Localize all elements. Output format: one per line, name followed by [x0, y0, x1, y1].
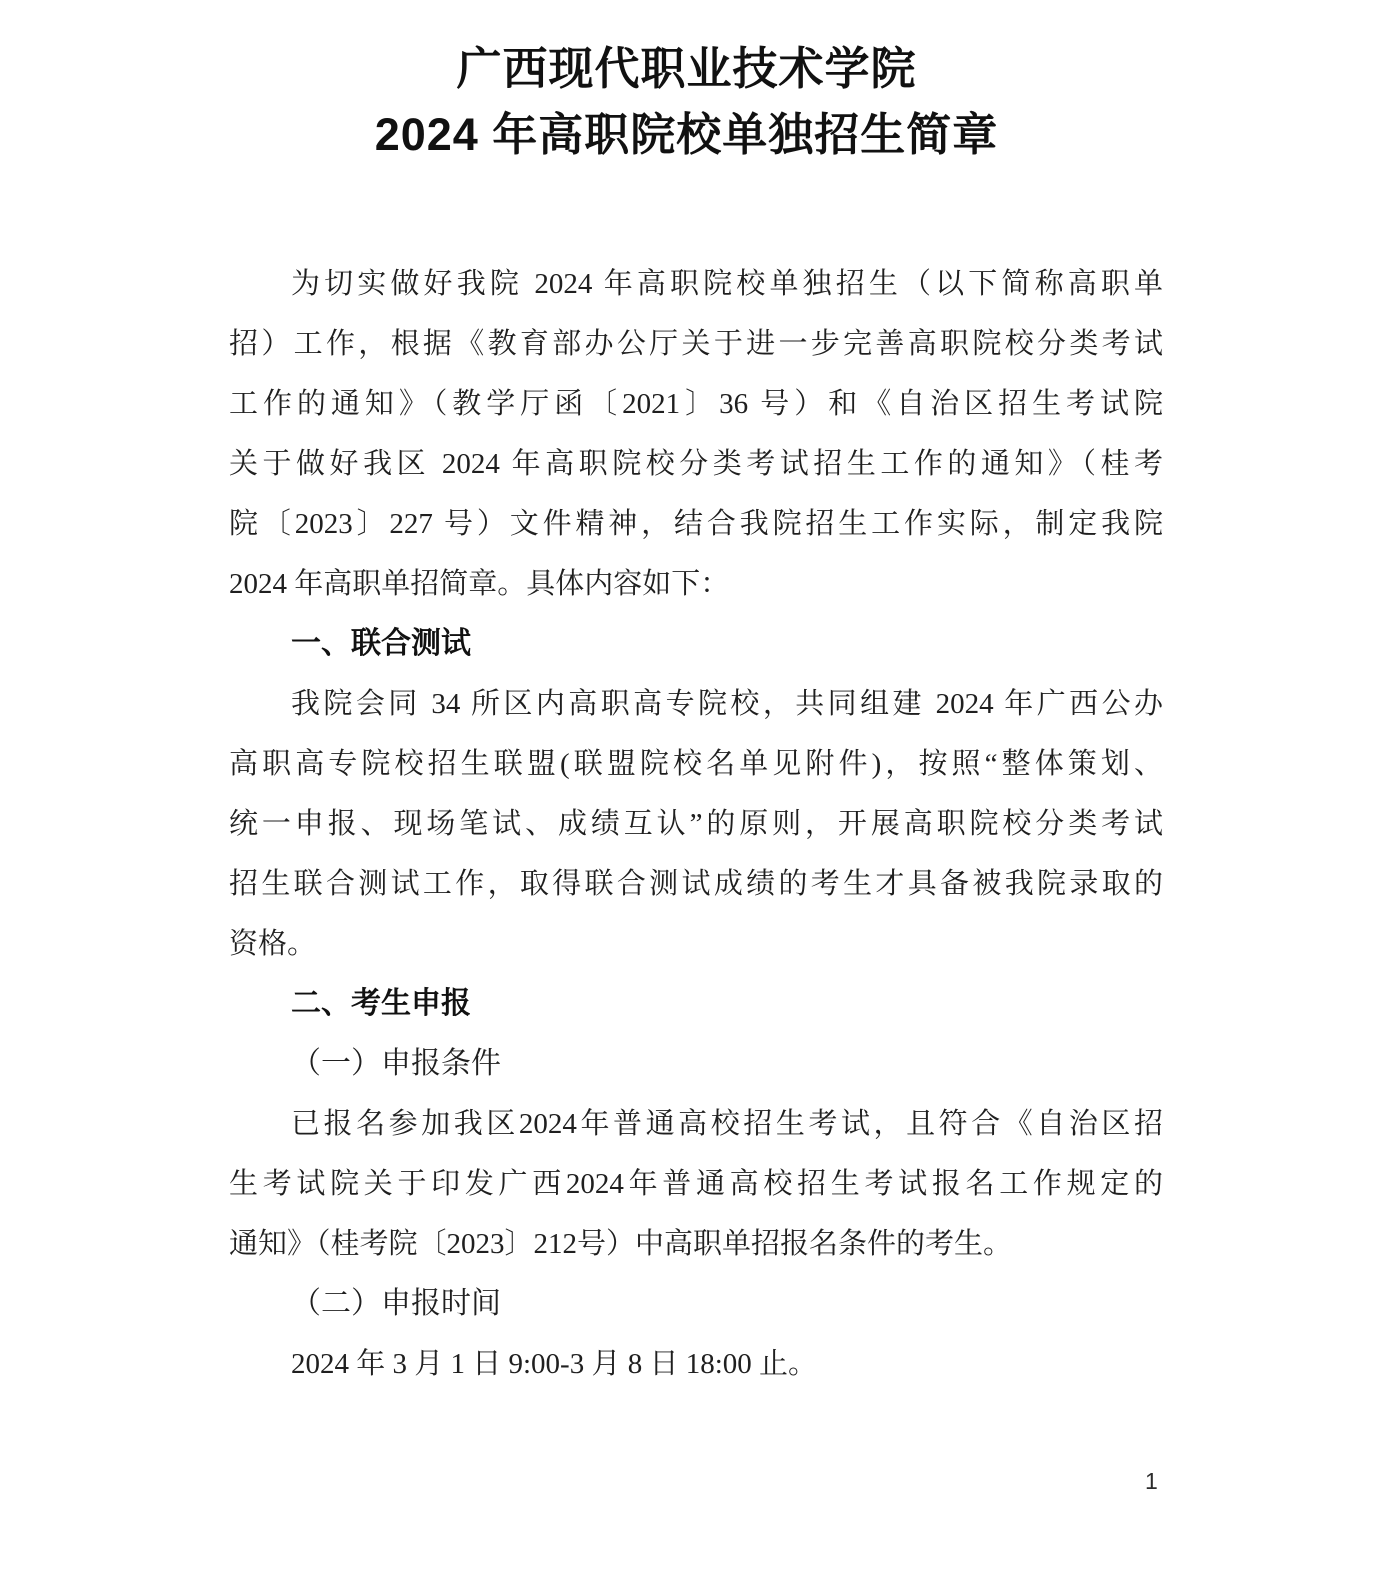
section-1-line-5: 资格。: [229, 914, 1163, 974]
section-2-heading: 二、考生申报: [229, 974, 1163, 1034]
page-number: 1: [1145, 1468, 1158, 1495]
sub1-line-3: 通知》（桂考院〔2023〕212号）中高职单招报名条件的考生。: [229, 1214, 1163, 1274]
sub-heading-application-time: （二）申报时间: [229, 1274, 1163, 1334]
document-page: 广西现代职业技术学院 2024 年高职院校单独招生简章 为切实做好我院 2024…: [0, 0, 1373, 1572]
intro-line-4: 关于做好我区 2024 年高职院校分类考试招生工作的通知》（桂考: [229, 434, 1163, 494]
intro-line-2: 招）工作，根据《教育部办公厅关于进一步完善高职院校分类考试: [229, 314, 1163, 374]
sub1-line-1: 已报名参加我区2024年普通高校招生考试，且符合《自治区招: [229, 1094, 1163, 1154]
section-1-line-2: 高职高专院校招生联盟(联盟院校名单见附件)，按照“整体策划、: [229, 734, 1163, 794]
sub2-line-1: 2024 年 3 月 1 日 9:00-3 月 8 日 18:00 止。: [229, 1334, 1163, 1394]
intro-line-1: 为切实做好我院 2024 年高职院校单独招生（以下简称高职单: [229, 254, 1163, 314]
section-1-heading: 一、联合测试: [229, 614, 1163, 674]
sub1-line-2: 生考试院关于印发广西2024年普通高校招生考试报名工作规定的: [229, 1154, 1163, 1214]
title-line-1: 广西现代职业技术学院: [0, 36, 1373, 102]
intro-line-3: 工作的通知》（教学厅函〔2021〕36 号）和《自治区招生考试院: [229, 374, 1163, 434]
section-1-line-3: 统一申报、现场笔试、成绩互认”的原则，开展高职院校分类考试: [229, 794, 1163, 854]
section-1-line-1: 我院会同 34 所区内高职高专院校，共同组建 2024 年广西公办: [229, 674, 1163, 734]
sub-heading-application-conditions: （一）申报条件: [229, 1034, 1163, 1094]
title-line-2: 2024 年高职院校单独招生简章: [0, 102, 1373, 168]
intro-line-5: 院〔2023〕227 号）文件精神，结合我院招生工作实际，制定我院: [229, 494, 1163, 554]
section-1-line-4: 招生联合测试工作，取得联合测试成绩的考生才具备被我院录取的: [229, 854, 1163, 914]
intro-line-6: 2024 年高职单招简章。具体内容如下：: [229, 554, 1163, 614]
document-body: 为切实做好我院 2024 年高职院校单独招生（以下简称高职单 招）工作，根据《教…: [229, 254, 1163, 1394]
document-title: 广西现代职业技术学院 2024 年高职院校单独招生简章: [0, 36, 1373, 168]
